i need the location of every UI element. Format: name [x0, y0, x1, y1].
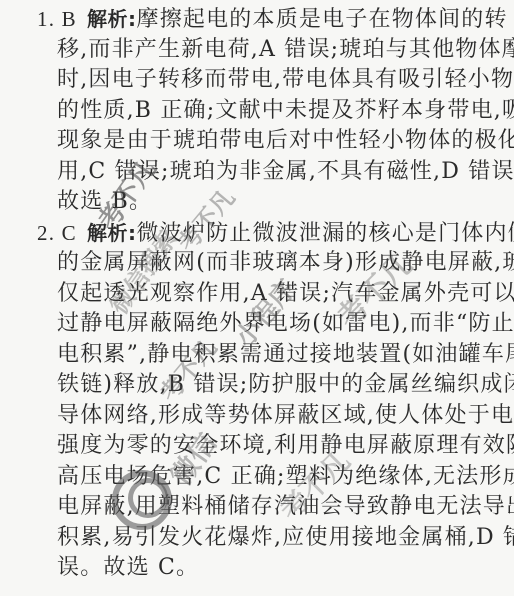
q2-text-line: 微波炉防止微波泄漏的核心是门体内侧: [137, 221, 514, 246]
q2-text-line: 电屏蔽,用塑料桶储存汽油会导致静电无法导出而: [57, 492, 497, 522]
q2-conclusion: 误。故选 C。: [57, 553, 497, 583]
q2-text-line: 积累,易引发火花爆炸,应使用接地金属桶,D 错: [57, 523, 497, 553]
q1-number: 1. B: [37, 4, 87, 34]
q1-line-1: 1. B解析:摩擦起电的本质是电子在物体间的转: [37, 4, 497, 34]
q2-text-line: 铁链)释放,B 错误;防护服中的金属丝编织成闭合: [57, 370, 497, 400]
q2-text-line: 仅起透光观察作用,A 错误;汽车金属外壳可以通: [57, 279, 497, 309]
q1-text-line: 的性质,B 正确;文献中未提及芥籽本身带电,吸引: [57, 96, 497, 126]
q2-analysis-label: 解析:: [87, 221, 137, 245]
q2-text-line: 电积累”,静电积累需通过接地装置(如油罐车尾部: [57, 340, 497, 370]
q2-line-1: 2. C解析:微波炉防止微波泄漏的核心是门体内侧: [37, 218, 497, 248]
q1-text-line: 现象是由于琥珀带电后对中性轻小物体的极化作: [57, 126, 497, 156]
q1-text-line: 时,因电子转移而带电,带电体具有吸引轻小物体: [57, 65, 497, 95]
q2-text-line: 导体网络,形成等势体屏蔽区域,使人体处于电场: [57, 401, 497, 431]
q2-number: 2. C: [37, 218, 87, 248]
q1-text-line: 移,而非产生新电荷,A 错误;琥珀与其他物体摩擦: [57, 35, 497, 65]
q2-text-line: 强度为零的安全环境,利用静电屏蔽原理有效防护: [57, 431, 497, 461]
answer-explanation-page: 1. B解析:摩擦起电的本质是电子在物体间的转 移,而非产生新电荷,A 错误;琥…: [0, 0, 514, 596]
q2-text-line: 过静电屏蔽隔绝外界电场(如雷电),而非“防止静: [57, 309, 497, 339]
q1-text-line: 摩擦起电的本质是电子在物体间的转: [137, 7, 508, 32]
q2-text-line: 高压电场危害,C 正确;塑料为绝缘体,无法形成静: [57, 462, 497, 492]
q1-analysis-label: 解析:: [87, 7, 137, 31]
q1-conclusion: 故选 B。: [57, 187, 497, 217]
q1-text-line: 用,C 错误;琥珀为非金属,不具有磁性,D 错误。: [57, 157, 497, 187]
q2-text-line: 的金属屏蔽网(而非玻璃本身)形成静电屏蔽,玻璃: [57, 248, 497, 278]
